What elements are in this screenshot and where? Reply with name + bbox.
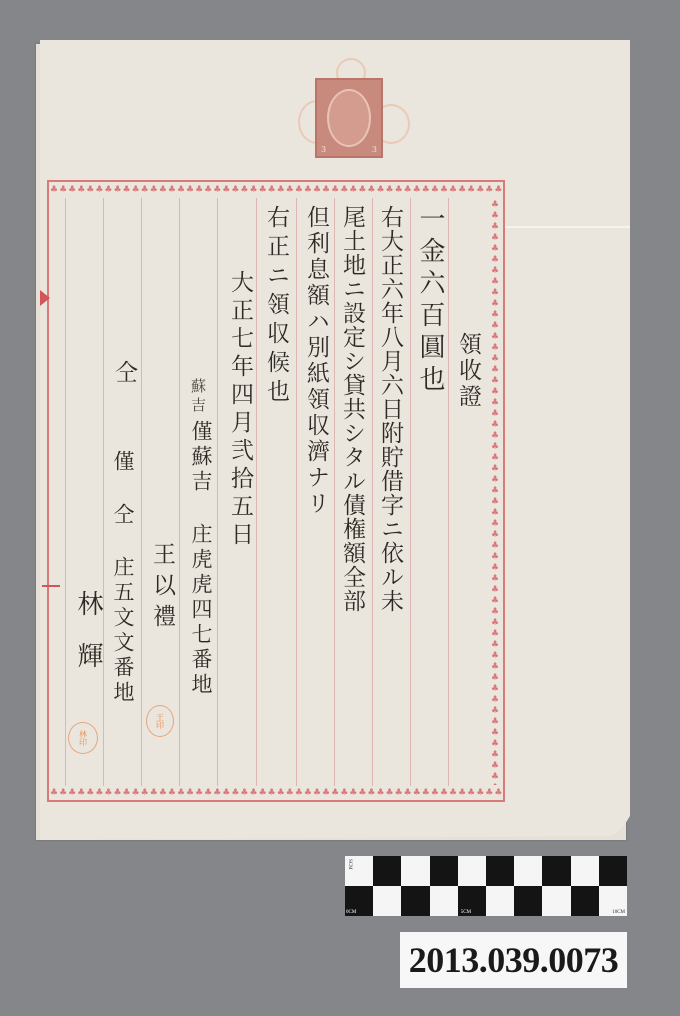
- recipient-note: 蘇吉: [188, 378, 209, 416]
- scale-top-label: SCM: [347, 859, 352, 870]
- date-line: 大正七年四月弐拾五日: [224, 270, 257, 550]
- ditto-mark: 仝: [108, 360, 141, 386]
- accession-number-label: 2013.039.0073: [400, 932, 627, 988]
- body-line-1: 右大正六年八月六日附貯借字ニ依ル未: [374, 205, 407, 613]
- revenue-stamp: 3 3: [315, 78, 383, 158]
- stamp-denomination-left: 3: [321, 145, 326, 154]
- body-line-2: 尾土地ニ設定シ貸共シタル債権額全部: [336, 205, 369, 613]
- column-rule: [410, 198, 411, 786]
- second-address: 僅 仝 庄五文文番地: [108, 450, 138, 706]
- scale-label-5cm: 5CM: [461, 910, 471, 915]
- column-rule: [372, 198, 373, 786]
- lin-seal: 林印: [68, 722, 98, 754]
- stamp-denomination-right: 3: [372, 145, 377, 154]
- left-margin-marker: [40, 290, 50, 306]
- frame-ornament-right: ♣♣♣♣♣♣♣♣♣♣♣♣♣♣♣♣♣♣♣♣♣♣♣♣♣♣♣♣♣♣♣♣♣♣♣♣♣♣♣♣…: [489, 200, 501, 785]
- column-rule: [65, 198, 66, 786]
- amount-line: 一金六百圓也: [412, 205, 449, 397]
- frame-ornament-bottom: ♣♣♣♣♣♣♣♣♣♣♣♣♣♣♣♣♣♣♣♣♣♣♣♣♣♣♣♣♣♣♣♣♣♣♣♣♣♣♣♣…: [50, 788, 502, 798]
- document-title: 領收證: [452, 332, 485, 410]
- scale-label-10cm: 10CM: [612, 910, 625, 915]
- scale-label-0cm: 0CM: [346, 910, 356, 915]
- column-rule: [103, 198, 104, 786]
- column-rule: [179, 198, 180, 786]
- stamp-emblem-icon: [327, 89, 371, 147]
- wang-seal: 王印: [146, 705, 174, 737]
- column-rule: [296, 198, 297, 786]
- column-rule: [334, 198, 335, 786]
- left-margin-tick: [42, 585, 60, 587]
- recipient-address: 僅蘇吉 庄虎虎四七番地: [186, 420, 216, 698]
- column-rule: [217, 198, 218, 786]
- second-name: 林輝: [70, 590, 107, 694]
- recipient-name: 王以禮: [146, 542, 179, 635]
- body-line-4: 右正ニ領収候也: [260, 205, 293, 408]
- paper-fold-crease: [505, 226, 630, 228]
- body-line-3: 但利息額ハ別紙領収濟ナリ: [300, 205, 333, 517]
- frame-ornament-top: ♣♣♣♣♣♣♣♣♣♣♣♣♣♣♣♣♣♣♣♣♣♣♣♣♣♣♣♣♣♣♣♣♣♣♣♣♣♣♣♣…: [50, 185, 502, 195]
- color-scale-bar: SCM 0CM 5CM 10CM: [345, 856, 627, 916]
- column-rule: [141, 198, 142, 786]
